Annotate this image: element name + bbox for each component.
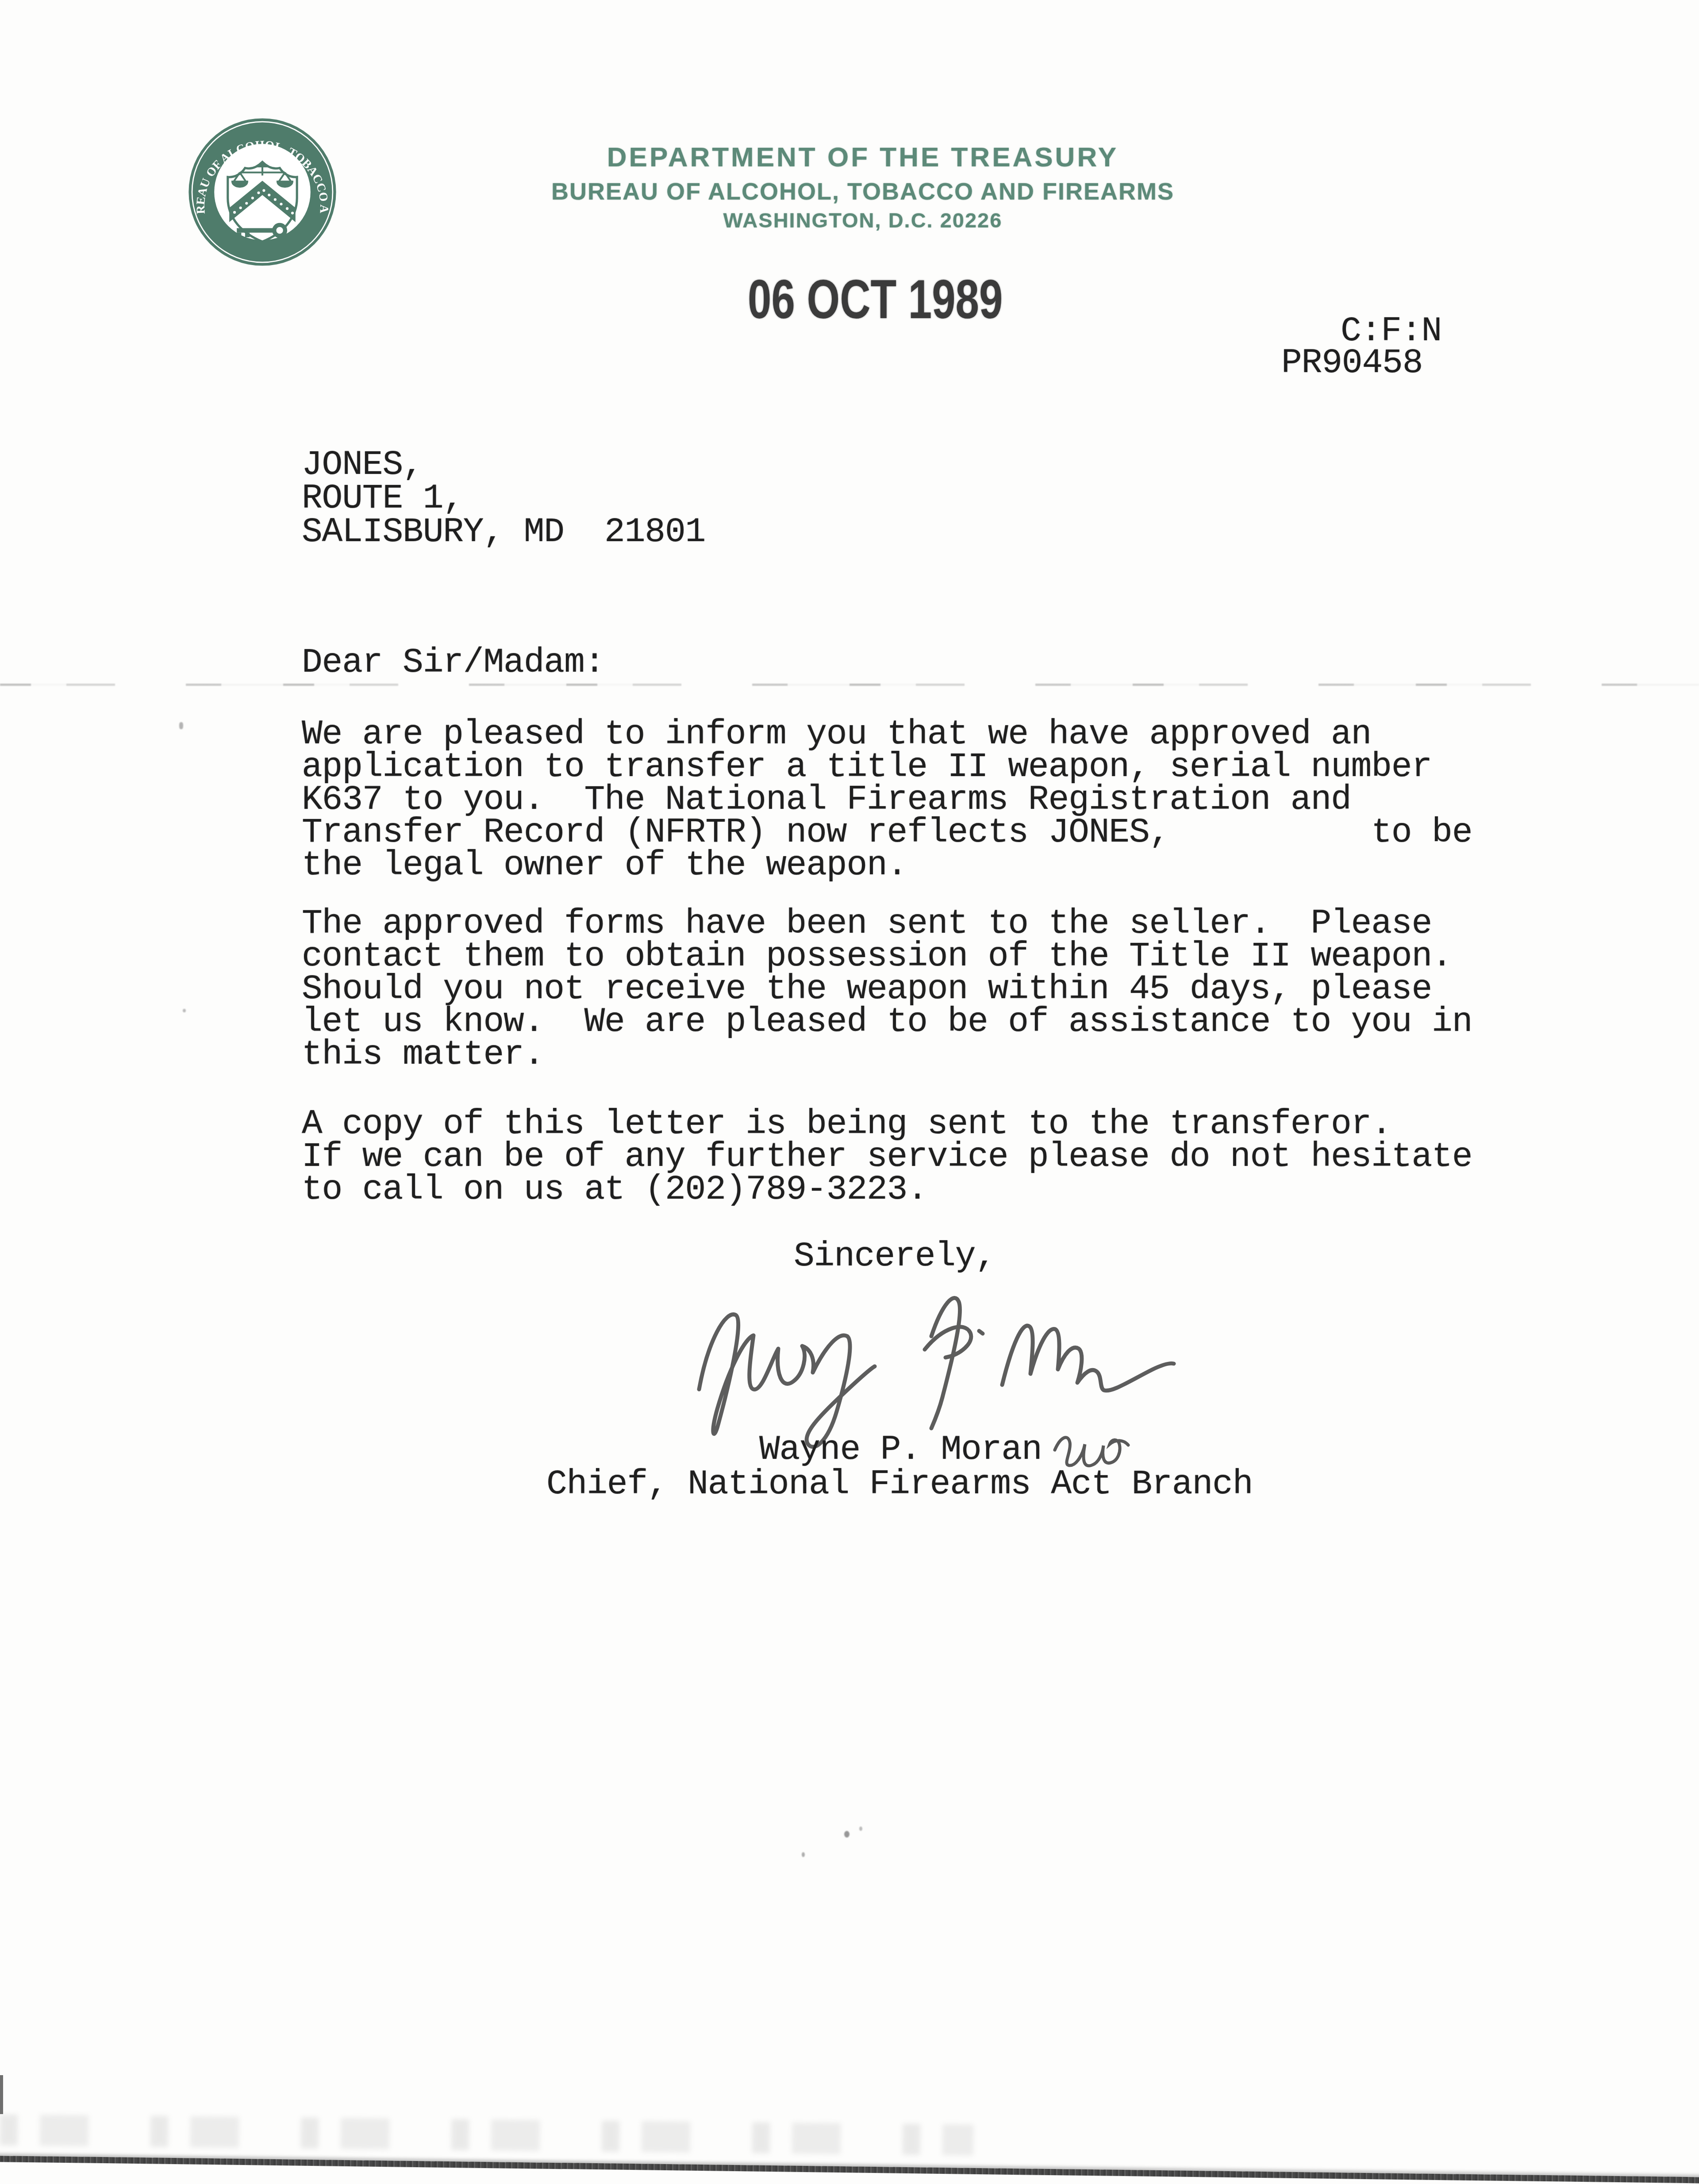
- reference-case-number: PR90458: [1281, 347, 1422, 380]
- recipient-address: JONES, ROUTE 1, SALISBURY, MD 21801: [302, 448, 705, 549]
- body-paragraph-1: We are pleased to inform you that we hav…: [302, 718, 1472, 882]
- scanned-letter-page: BUREAU OF ALCOHOL, TOBACCO AND ★ FIREARM…: [0, 0, 1699, 2184]
- scan-edge-mark: [0, 2075, 3, 2114]
- scan-speck: [844, 1831, 849, 1838]
- scan-speck: [859, 1826, 862, 1831]
- reference-file-symbol: C:F:N: [1341, 315, 1441, 348]
- typed-signer-name: Wayne P. Moran: [759, 1434, 1042, 1466]
- scan-speck: [179, 722, 183, 729]
- valediction: Sincerely,: [794, 1240, 996, 1273]
- salutation: Dear Sir/Madam:: [302, 646, 604, 679]
- page-bottom-edge: [0, 2156, 1699, 2184]
- date-stamp: 06 OCT 1989: [748, 268, 1003, 331]
- scan-speck: [183, 1009, 186, 1012]
- body-paragraph-2: The approved forms have been sent to the…: [302, 907, 1472, 1071]
- letterhead-city: WASHINGTON, D.C. 20226: [420, 208, 1305, 232]
- letterhead-department: DEPARTMENT OF THE TREASURY: [420, 142, 1305, 173]
- seal-shield: [228, 162, 297, 242]
- scan-speck: [802, 1852, 805, 1857]
- body-paragraph-3: A copy of this letter is being sent to t…: [302, 1108, 1472, 1206]
- letterhead-bureau: BUREAU OF ALCOHOL, TOBACCO AND FIREARMS: [420, 178, 1305, 205]
- scan-smudge: [0, 2114, 973, 2155]
- atf-seal-icon: BUREAU OF ALCOHOL, TOBACCO AND ★ FIREARM…: [187, 110, 338, 274]
- signer-title: Chief, National Firearms Act Branch: [546, 1468, 1253, 1501]
- scan-artifact-line: [0, 684, 1699, 686]
